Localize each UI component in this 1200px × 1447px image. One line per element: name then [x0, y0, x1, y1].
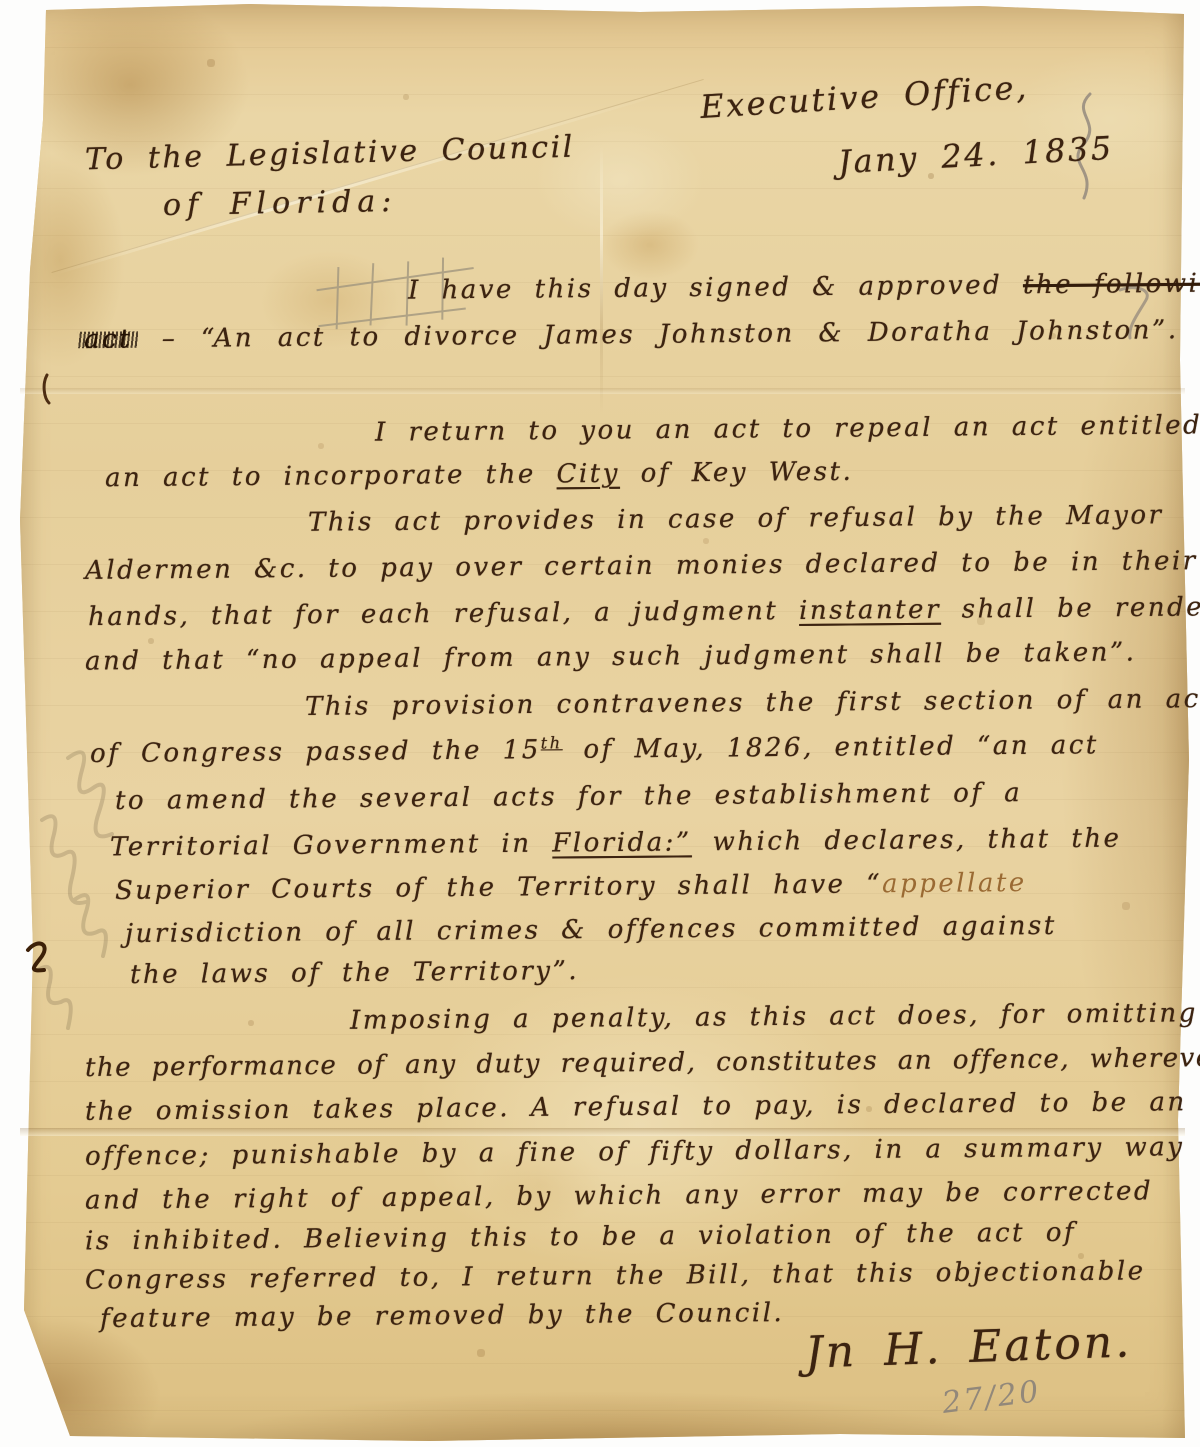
- text-segment: of May, 1826, entitled “an act: [563, 730, 1099, 765]
- struck-text: the following: [1023, 268, 1200, 300]
- line-p4-7: the laws of the Territory”.: [130, 956, 579, 990]
- text-segment: of Key West.: [620, 457, 854, 489]
- text-segment: which declares, that the: [692, 824, 1122, 858]
- text-segment: Territorial Government in: [110, 829, 553, 863]
- text-segment: I have this day signed & approved: [408, 270, 1023, 305]
- text-segment: of Congress passed the 15: [90, 735, 541, 769]
- paper-speckles: [0, 0, 2, 2]
- salutation-line-2: of Florida:: [163, 184, 398, 223]
- text-segment: shall be rendered;: [941, 592, 1200, 625]
- superscript-text: th: [541, 733, 563, 752]
- underlined-text: Florida:”: [552, 827, 692, 858]
- underlined-text: instanter: [799, 595, 941, 626]
- line-p5-8: feature may be removed by the Council.: [100, 1298, 784, 1334]
- scribbled-out-word: act: [78, 324, 138, 355]
- text-segment: an act to incorporate the: [105, 459, 557, 493]
- document-scan: Executive Office, Jany 24. 1835 To the L…: [0, 0, 1200, 1447]
- faded-ink-text: appellate: [882, 868, 1027, 899]
- text-segment: hands, that for each refusal, a judgment: [88, 596, 799, 632]
- underlined-text: City: [556, 459, 620, 490]
